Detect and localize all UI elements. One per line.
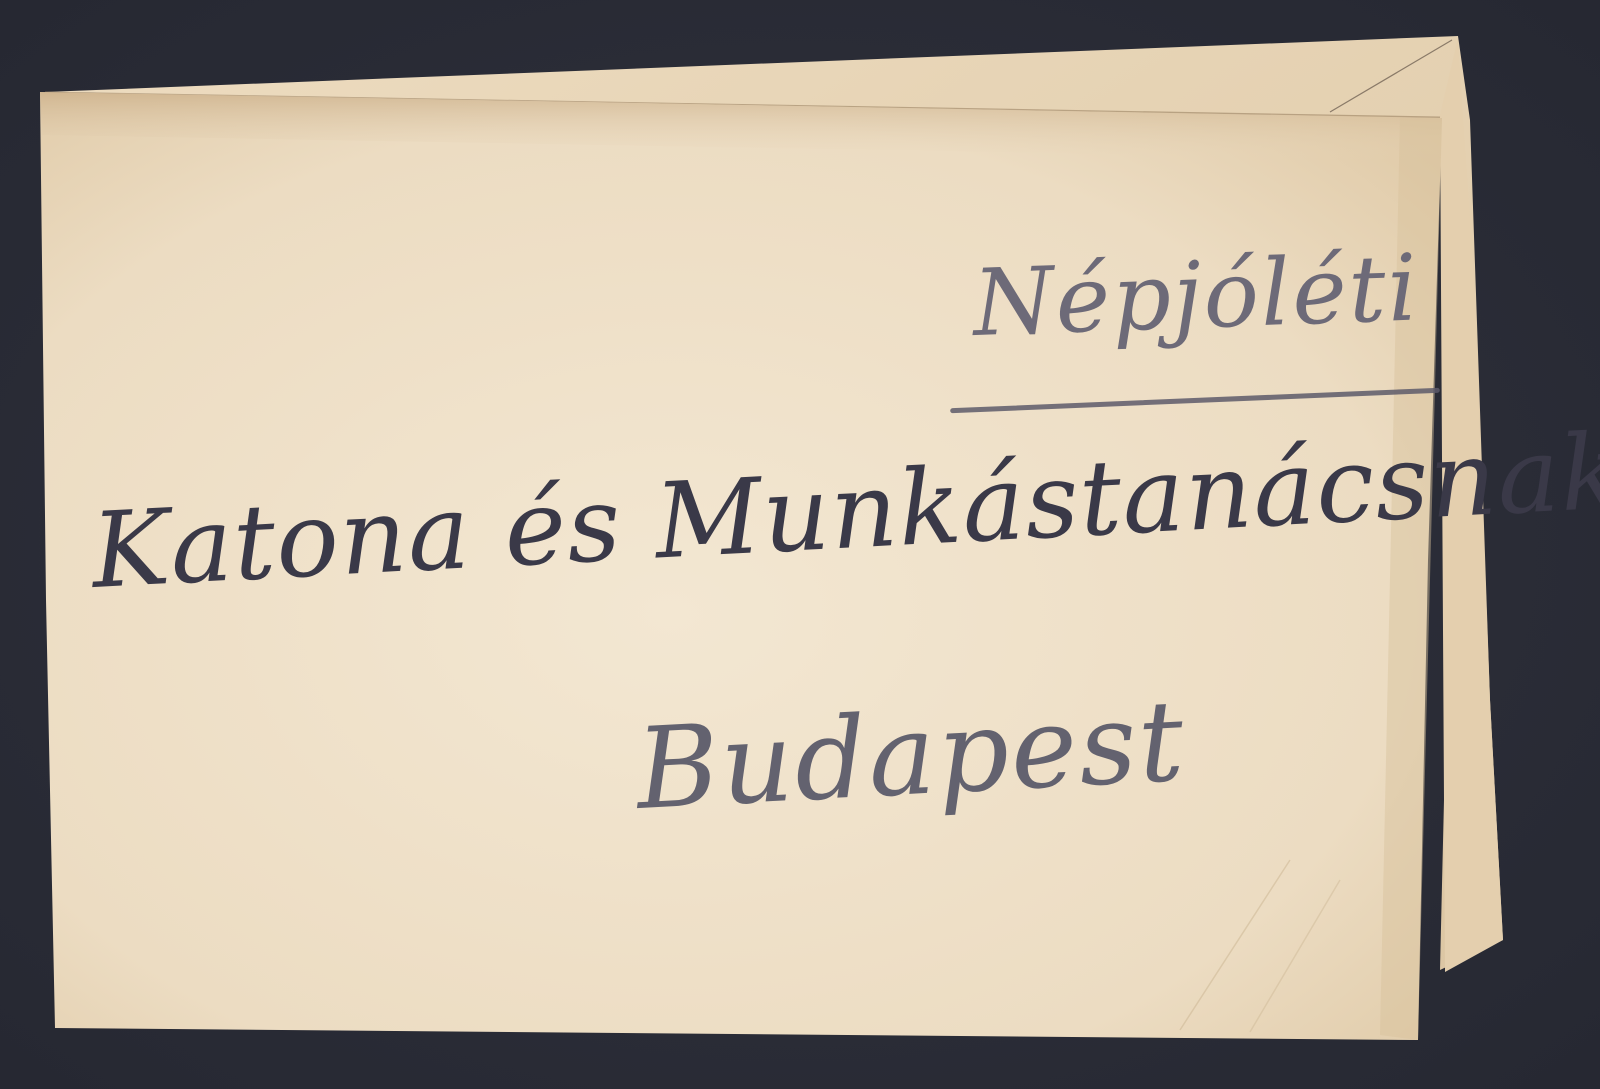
- photo-scene: Népjóléti Katona és Munkástanácsnak Buda…: [0, 0, 1600, 1089]
- annotation-text: Népjóléti: [971, 234, 1420, 357]
